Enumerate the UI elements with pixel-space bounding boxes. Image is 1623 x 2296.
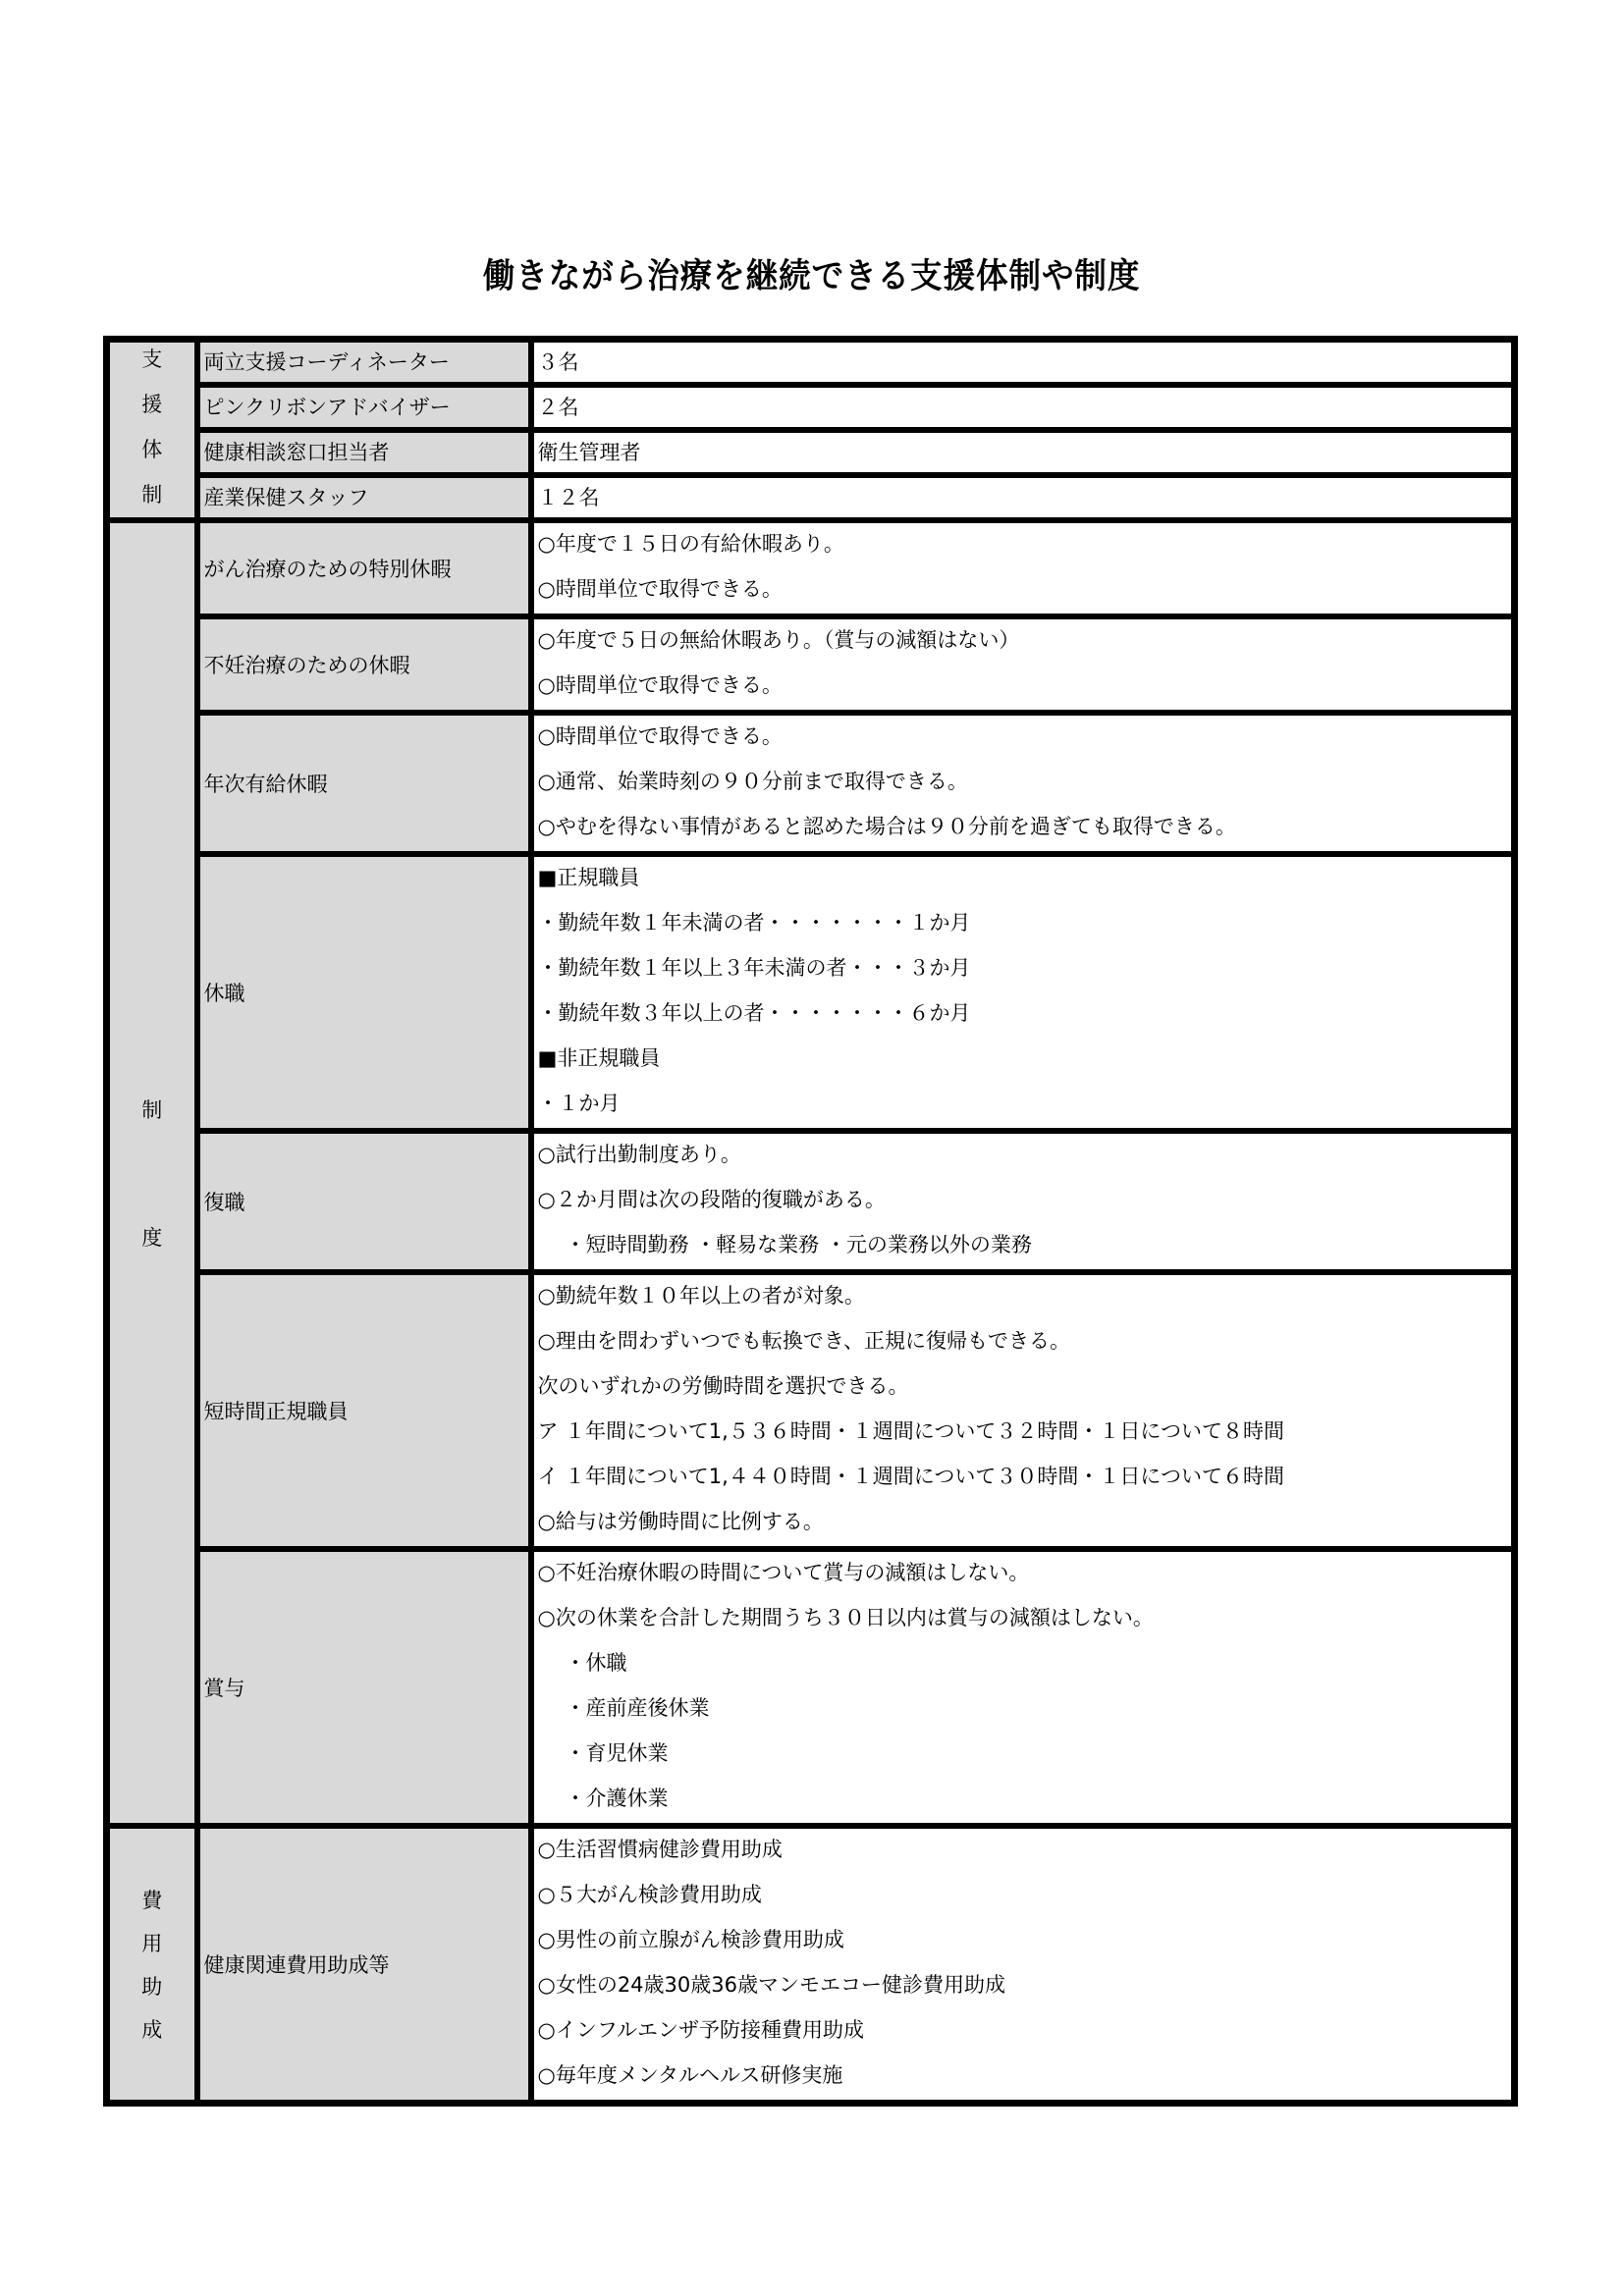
table-row: 年次有給休暇 ○時間単位で取得できる。 ○通常、始業時刻の９０分前まで取得できる… — [107, 713, 1515, 854]
row-value: ○年度で１５日の有給休暇あり。 ○時間単位で取得できる。 — [531, 520, 1515, 616]
table-row: 費 用 助 成 健康関連費用助成等 ○生活習慣病健診費用助成 ○５大がん検診費用… — [107, 1826, 1515, 2104]
row-label: 産業保健スタッフ — [197, 475, 531, 520]
row-label: 不妊治療のための休暇 — [197, 616, 531, 713]
row-value: ○不妊治療休暇の時間について賞与の減額はしない。 ○次の休業を合計した期間うち３… — [531, 1549, 1515, 1826]
row-value: ■正規職員 ・勤続年数１年未満の者・・・・・・・１か月 ・勤続年数１年以上３年未… — [531, 854, 1515, 1131]
row-label: 短時間正規職員 — [197, 1272, 531, 1549]
row-value: 衛生管理者 — [531, 430, 1515, 475]
table-row: 不妊治療のための休暇 ○年度で５日の無給休暇あり。（賞与の減額はない） ○時間単… — [107, 616, 1515, 713]
table-row: 短時間正規職員 ○勤続年数１０年以上の者が対象。 ○理由を問わずいつでも転換でき… — [107, 1272, 1515, 1549]
page-title: 働きながら治療を継続できる支援体制や制度 — [57, 249, 1566, 298]
group-label-subsidy: 費 用 助 成 — [107, 1826, 197, 2104]
row-label: 復職 — [197, 1131, 531, 1272]
row-value: ○時間単位で取得できる。 ○通常、始業時刻の９０分前まで取得できる。 ○やむを得… — [531, 713, 1515, 854]
support-system-table: 支 援 体 制 両立支援コーディネーター ３名 ピンクリボンアドバイザー ２名 … — [103, 336, 1518, 2107]
table-row: 産業保健スタッフ １２名 — [107, 475, 1515, 520]
row-value: ２名 — [531, 385, 1515, 430]
table-row: 休職 ■正規職員 ・勤続年数１年未満の者・・・・・・・１か月 ・勤続年数１年以上… — [107, 854, 1515, 1131]
row-label: 両立支援コーディネーター — [197, 340, 531, 386]
table-row: 復職 ○試行出勤制度あり。 ○２か月間は次の段階的復職がある。 ・短時間勤務 ・… — [107, 1131, 1515, 1272]
table-row: 制 度 がん治療のための特別休暇 ○年度で１５日の有給休暇あり。 ○時間単位で取… — [107, 520, 1515, 616]
row-value: ３名 — [531, 340, 1515, 386]
row-label: ピンクリボンアドバイザー — [197, 385, 531, 430]
row-value: ○試行出勤制度あり。 ○２か月間は次の段階的復職がある。 ・短時間勤務 ・軽易な… — [531, 1131, 1515, 1272]
row-value: ○勤続年数１０年以上の者が対象。 ○理由を問わずいつでも転換でき、正規に復帰もで… — [531, 1272, 1515, 1549]
table-row: 賞与 ○不妊治療休暇の時間について賞与の減額はしない。 ○次の休業を合計した期間… — [107, 1549, 1515, 1826]
row-label: 休職 — [197, 854, 531, 1131]
group-label-support: 支 援 体 制 — [107, 340, 197, 521]
row-value: １２名 — [531, 475, 1515, 520]
row-label: がん治療のための特別休暇 — [197, 520, 531, 616]
row-label: 健康関連費用助成等 — [197, 1826, 531, 2104]
row-value: ○年度で５日の無給休暇あり。（賞与の減額はない） ○時間単位で取得できる。 — [531, 616, 1515, 713]
row-label: 年次有給休暇 — [197, 713, 531, 854]
row-label: 賞与 — [197, 1549, 531, 1826]
row-label: 健康相談窓口担当者 — [197, 430, 531, 475]
table-row: 支 援 体 制 両立支援コーディネーター ３名 — [107, 340, 1515, 386]
table-row: 健康相談窓口担当者 衛生管理者 — [107, 430, 1515, 475]
table-row: ピンクリボンアドバイザー ２名 — [107, 385, 1515, 430]
row-value: ○生活習慣病健診費用助成 ○５大がん検診費用助成 ○男性の前立腺がん検診費用助成… — [531, 1826, 1515, 2104]
group-label-system: 制 度 — [107, 520, 197, 1826]
